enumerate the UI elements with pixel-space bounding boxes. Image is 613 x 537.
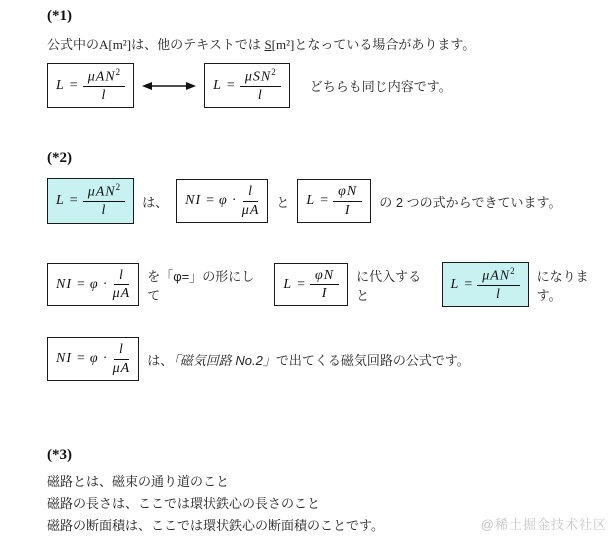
citation-magnetic-circuit-no2: 「磁気回路 No.2」 [173, 353, 276, 368]
denominator: μA [113, 360, 131, 376]
exponent: 2 [271, 67, 276, 77]
phi-dot: φ · [90, 277, 108, 293]
term-S-m2-rest: [m²] [272, 37, 295, 52]
exponent: 2 [116, 182, 121, 192]
formula-box-L-muAN2-highlighted: L = μAN2 l [47, 178, 134, 223]
section-2-heading: (*2) [47, 150, 613, 167]
formula-box-L-phiN: L = φN I [274, 263, 348, 307]
equals-sign: = [227, 78, 235, 94]
term-A-m2: A[m²] [99, 37, 131, 52]
fraction: φN I [310, 268, 339, 302]
definition-line: 磁路とは、磁束の通り道のこと [47, 471, 613, 493]
double-arrow-icon [142, 80, 196, 92]
document-page: (*1) 公式中のA[m²]は、他のテキストでは S[m²]となっている場合があ… [0, 0, 613, 537]
numerator: μAN [482, 269, 510, 284]
numerator: φN [333, 184, 362, 201]
row-text: は、 [142, 192, 168, 211]
numerator: l [243, 184, 258, 201]
fraction: l μA [113, 342, 131, 376]
equals-sign: = [464, 277, 472, 293]
section-1-formula-row: L = μAN2 l L = μSN2 l どちらも同じ内容です。 [47, 63, 613, 108]
section-2-row-1: L = μAN2 l は、 NI = φ · l μA と L = φN I [47, 178, 613, 223]
fraction: l μA [242, 184, 260, 218]
denominator: I [322, 285, 328, 301]
formula-lhs: NI [56, 277, 72, 293]
denominator: μA [242, 202, 260, 218]
denominator: I [345, 202, 351, 218]
section-2-row-3: NI = φ · l μA は、「磁気回路 No.2」で出てくる磁気回路の公式で… [47, 337, 613, 381]
formula-box-NI: NI = φ · l μA [47, 263, 139, 307]
fraction: l μA [113, 268, 131, 302]
phi-dot: φ · [90, 351, 108, 367]
definition-line: 磁路の長さは、ここでは環状鉄心の長さのこと [47, 493, 613, 515]
row-text: の 2 つの式からできています。 [379, 192, 561, 211]
formula-box-NI: NI = φ · l μA [47, 337, 139, 381]
equals-sign: = [77, 351, 85, 367]
equals-sign: = [297, 277, 305, 293]
denominator: l [258, 87, 263, 103]
denominator: l [101, 202, 106, 218]
denominator: l [101, 87, 106, 103]
row-text: と [276, 192, 289, 211]
formula-lhs: L [213, 78, 222, 94]
denominator: l [496, 286, 501, 302]
formula-box-L-phiN: L = φN I [297, 179, 371, 223]
section-3-heading: (*3) [47, 447, 613, 464]
formula-box-L-muAN2: L = μAN2 l [47, 63, 134, 108]
phi-dot: φ · [219, 193, 237, 209]
formula-box-L-muSN2: L = μSN2 l [204, 63, 290, 108]
section-1-heading: (*1) [47, 8, 613, 25]
intro-text-3: となっている場合があります。 [294, 37, 475, 52]
equals-sign: = [70, 78, 78, 94]
formula-lhs: L [56, 78, 65, 94]
fraction: φN I [333, 184, 362, 218]
equals-sign: = [77, 277, 85, 293]
numerator: μSN [245, 70, 271, 85]
watermark: @稀土掘金技术社区 [481, 514, 607, 533]
formula-lhs: L [451, 277, 460, 293]
formula-lhs: NI [185, 193, 201, 209]
intro-text-2: は、他のテキストでは [131, 37, 264, 52]
section-2-row-2: NI = φ · l μA を「φ=」の形にして L = φN I に代入すると… [47, 262, 613, 307]
fraction: μAN2 l [83, 68, 125, 103]
row-text: になります。 [537, 266, 613, 304]
row-text: を「φ=」の形にして [147, 266, 266, 304]
same-content-note: どちらも同じ内容です。 [310, 76, 452, 95]
formula-box-NI: NI = φ · l μA [176, 179, 268, 223]
formula-lhs: L [306, 193, 315, 209]
row-text: に代入すると [356, 266, 433, 304]
denominator: μA [113, 285, 131, 301]
fraction: μAN2 l [477, 267, 519, 302]
numerator: φN [310, 268, 339, 285]
intro-text-1: 公式中の [47, 37, 99, 52]
exponent: 2 [510, 266, 515, 276]
numerator: μAN [88, 70, 116, 85]
formula-lhs: NI [56, 351, 72, 367]
equals-sign: = [206, 193, 214, 209]
term-S-underlined: S [264, 37, 271, 52]
row-text: は、「磁気回路 No.2」で出てくる磁気回路の公式です。 [147, 350, 470, 369]
fraction: μAN2 l [83, 183, 125, 218]
numerator: l [114, 268, 129, 285]
numerator: l [114, 342, 129, 359]
exponent: 2 [116, 67, 121, 77]
formula-lhs: L [283, 277, 292, 293]
formula-box-L-muAN2-highlighted: L = μAN2 l [442, 262, 529, 307]
fraction: μSN2 l [240, 68, 281, 103]
numerator: μAN [88, 185, 116, 200]
section-1-intro: 公式中のA[m²]は、他のテキストでは S[m²]となっている場合があります。 [47, 34, 613, 53]
formula-lhs: L [56, 193, 65, 209]
equals-sign: = [320, 193, 328, 209]
equals-sign: = [70, 193, 78, 209]
